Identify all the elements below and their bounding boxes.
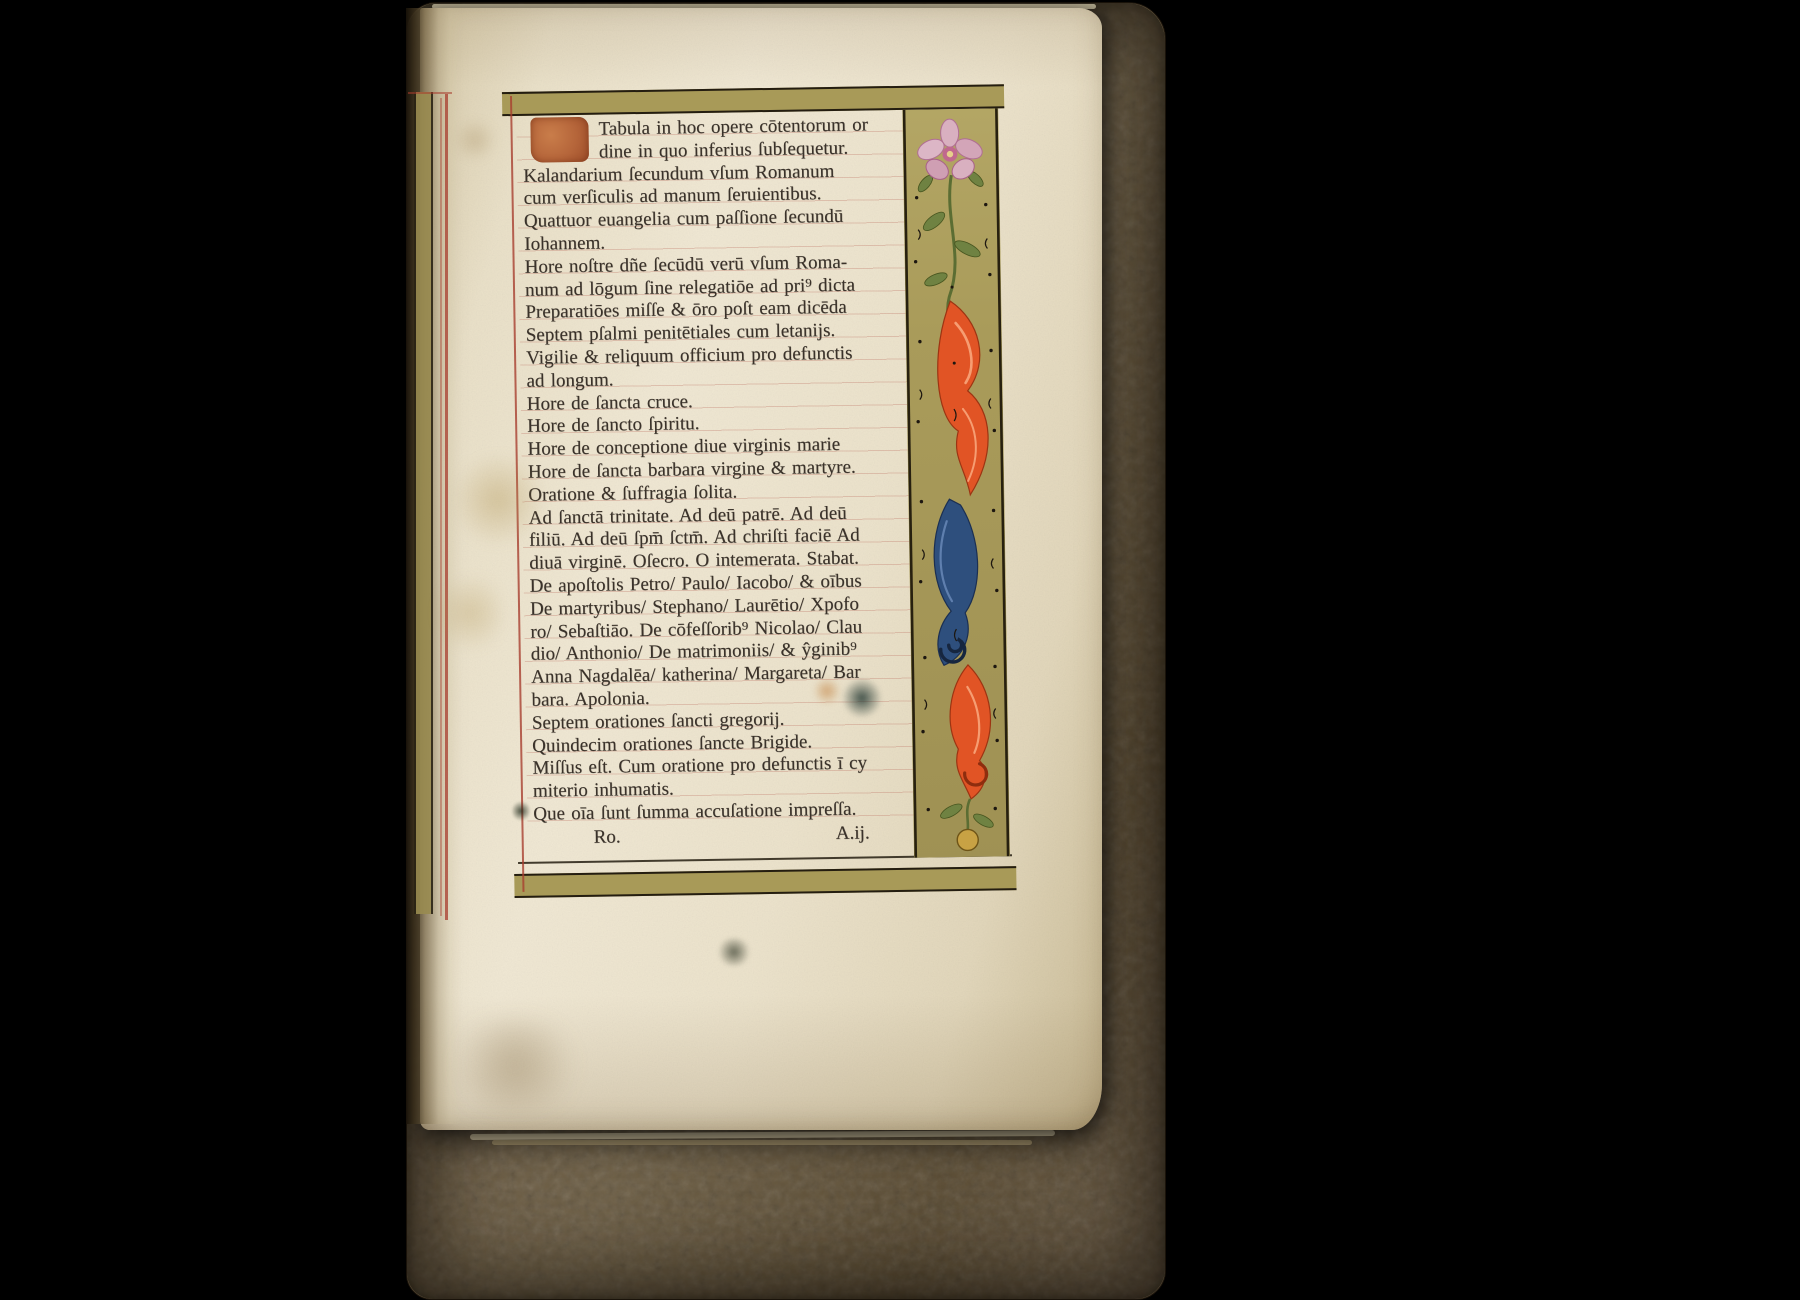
- facing-red-rule: [445, 94, 448, 920]
- rubric-initial-block: [530, 117, 589, 163]
- facing-red-tick: [408, 92, 452, 94]
- illuminated-border-panel: [902, 108, 1010, 857]
- illuminated-border-art: [902, 108, 1010, 857]
- facing-gold-band: [414, 92, 433, 914]
- print-frame: Tabula in hoc opere cōtentorum or dine i…: [502, 78, 1017, 912]
- signature-mark: A.ij.: [836, 822, 870, 845]
- frame-bottom-band: [514, 866, 1016, 898]
- catchword: Ro.: [593, 826, 620, 849]
- text-block: Tabula in hoc opere cōtentorum or dine i…: [522, 104, 918, 850]
- book-photo: Tabula in hoc opere cōtentorum or dine i…: [0, 0, 1800, 1300]
- facing-page-edge: [406, 8, 462, 1124]
- page-edge: [492, 1140, 1032, 1145]
- facing-red-rule: [440, 98, 442, 916]
